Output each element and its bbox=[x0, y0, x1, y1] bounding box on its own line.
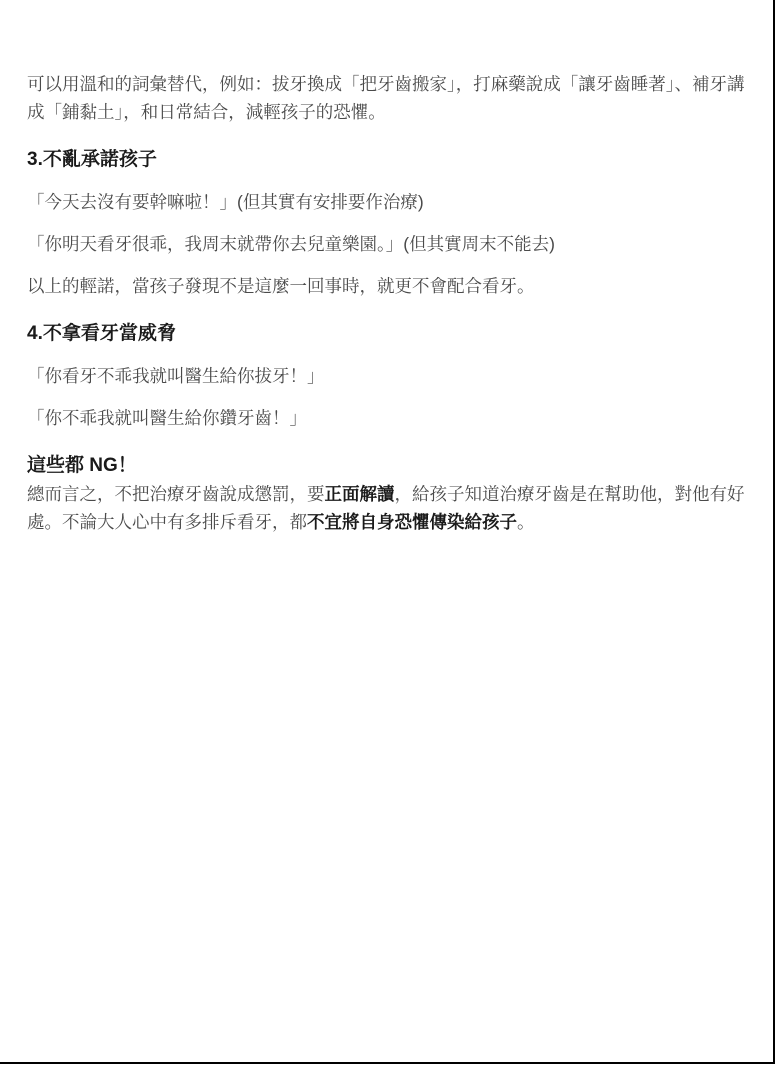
section4-quote-2: 「你不乖我就叫醫生給你鑽牙齒！」 bbox=[27, 404, 749, 432]
document-content: 可以用溫和的詞彙替代，例如：拔牙換成「把牙齒搬家」，打麻藥說成「讓牙齒睡著」、補… bbox=[0, 0, 777, 536]
document-page: 可以用溫和的詞彙替代，例如：拔牙換成「把牙齒搬家」，打麻藥說成「讓牙齒睡著」、補… bbox=[0, 0, 777, 1069]
section4-heading: 4.不拿看牙當威脅 bbox=[27, 320, 749, 348]
intro-paragraph: 可以用溫和的詞彙替代，例如：拔牙換成「把牙齒搬家」，打麻藥說成「讓牙齒睡著」、補… bbox=[27, 70, 749, 126]
page-edge-right bbox=[773, 0, 775, 1064]
conclusion-segment: 。 bbox=[517, 512, 535, 532]
page-edge-bottom bbox=[0, 1062, 775, 1064]
section3-note: 以上的輕諾，當孩子發現不是這麼一回事時，就更不會配合看牙。 bbox=[27, 272, 749, 300]
conclusion-segment: 總而言之，不把治療牙齒說成懲罰，要 bbox=[27, 484, 325, 504]
ng-heading: 這些都 NG！ bbox=[27, 452, 749, 480]
section3-quote-1: 「今天去沒有要幹嘛啦！」(但其實有安排要作治療) bbox=[27, 188, 749, 216]
section3-quote-2: 「你明天看牙很乖，我周末就帶你去兒童樂園。」(但其實周末不能去) bbox=[27, 230, 749, 258]
section4-quote-1: 「你看牙不乖我就叫醫生給你拔牙！」 bbox=[27, 362, 749, 390]
conclusion-paragraph: 總而言之，不把治療牙齒說成懲罰，要正面解讀，給孩子知道治療牙齒是在幫助他，對他有… bbox=[27, 480, 749, 536]
conclusion-bold-no-fear-transfer: 不宜將自身恐懼傳染給孩子 bbox=[307, 512, 517, 532]
section3-heading: 3.不亂承諾孩子 bbox=[27, 146, 749, 174]
conclusion-bold-positive-framing: 正面解讀 bbox=[325, 484, 395, 504]
